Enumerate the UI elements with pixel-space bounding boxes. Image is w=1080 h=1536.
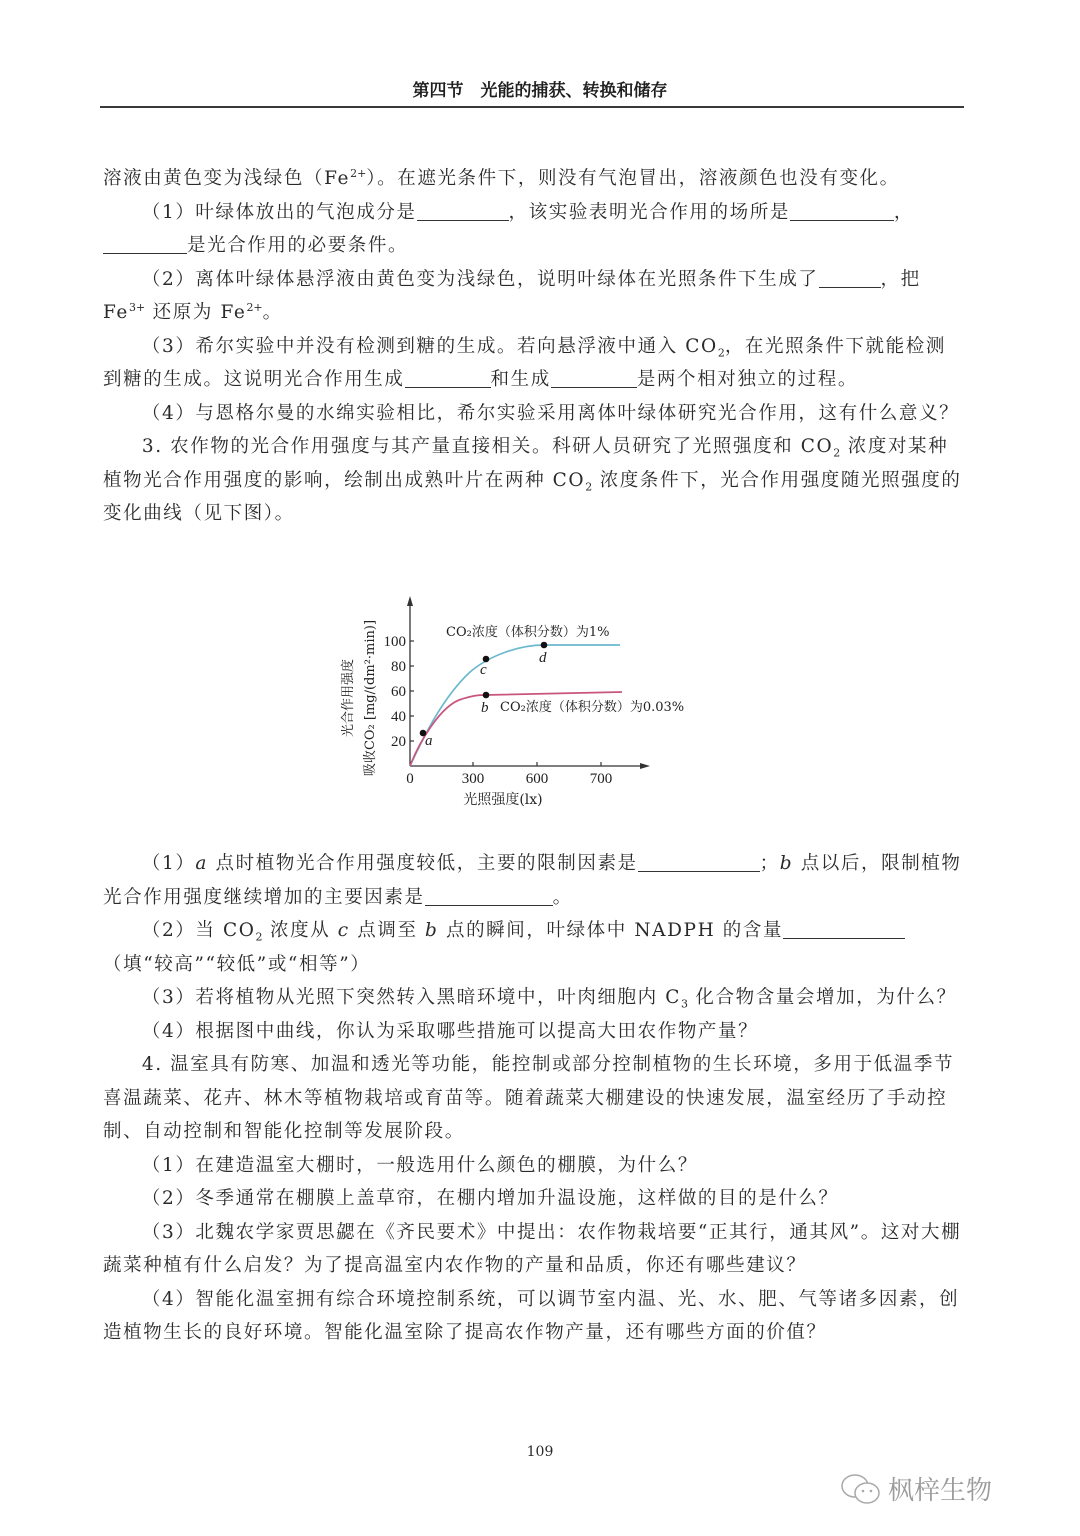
answer-blank[interactable] — [783, 920, 905, 940]
question-2-1: （1）叶绿体放出的气泡成分是，该实验表明光合作用的场所是，是光合作用的必要条件。 — [103, 196, 963, 263]
legend-1-percent: CO₂浓度（体积分数）为1% — [446, 624, 609, 640]
question-4-4: （4）智能化温室拥有综合环境控制系统，可以调节室内温、光、水、肥、气等诸多因素，… — [103, 1283, 963, 1350]
svg-text:b: b — [481, 700, 489, 716]
question-4-3: （3）北魏农学家贾思勰在《齐民要术》中提出：农作物栽培要“正其行，通其风”。这对… — [103, 1216, 963, 1283]
svg-text:20: 20 — [391, 734, 406, 750]
svg-text:80: 80 — [391, 659, 406, 675]
section-header-title: 第四节 光能的捕获、转换和储存 — [0, 76, 1080, 101]
x-tick-labels: 0 300 600 700 — [406, 771, 612, 787]
question-4-1: （1）在建造温室大棚时，一般选用什么颜色的棚膜，为什么？ — [103, 1149, 963, 1183]
svg-text:d: d — [539, 650, 547, 666]
answer-blank[interactable] — [790, 201, 894, 221]
question-4-stem: 4. 温室具有防寒、加温和透光等功能，能控制或部分控制植物的生长环境，多用于低温… — [103, 1048, 963, 1149]
question-4-2: （2）冬季通常在棚膜上盖草帘，在棚内增加升温设施，这样做的目的是什么？ — [103, 1182, 963, 1216]
text-block-top: 溶液由黄色变为浅绿色（Fe2+）。在遮光条件下，则没有气泡冒出，溶液颜色也没有变… — [103, 162, 963, 531]
question-2-4: （4）与恩格尔曼的水绵实验相比，希尔实验采用离体叶绿体研究光合作用，这有什么意义… — [103, 397, 963, 431]
data-points — [420, 642, 548, 737]
header-rule — [100, 106, 964, 108]
svg-text:40: 40 — [391, 709, 406, 725]
answer-blank[interactable] — [638, 853, 760, 873]
answer-blank[interactable] — [425, 886, 553, 906]
answer-blank[interactable] — [103, 235, 187, 255]
wechat-icon — [840, 1472, 882, 1506]
y-axis-label: 光合作用强度 吸收CO₂ [mg/(dm²·min)] — [340, 620, 378, 776]
answer-blank[interactable] — [551, 369, 637, 389]
y-axis-arrow-icon — [407, 596, 413, 606]
x-axis-label: 光照强度(lx) — [463, 791, 542, 808]
question-3-stem: 3. 农作物的光合作用强度与其产量直接相关。科研人员研究了光照强度和 CO2 浓… — [103, 430, 963, 531]
legend-0-03-percent: CO₂浓度（体积分数）为0.03% — [500, 699, 684, 715]
answer-blank[interactable] — [405, 369, 491, 389]
watermark: 枫梓生物 — [840, 1470, 992, 1507]
svg-text:吸收CO₂ [mg/(dm²·min)]: 吸收CO₂ [mg/(dm²·min)] — [362, 620, 378, 776]
text-block-bottom: （1）a 点时植物光合作用强度较低，主要的限制因素是；b 点以后，限制植物光合作… — [103, 847, 963, 1350]
point-b — [483, 692, 490, 699]
paragraph-p0: 溶液由黄色变为浅绿色（Fe2+）。在遮光条件下，则没有气泡冒出，溶液颜色也没有变… — [103, 162, 963, 196]
page-number: 109 — [0, 1444, 1080, 1460]
photosynthesis-chart: 20 40 60 80 100 0 300 600 700 光照强度(lx) 光… — [320, 595, 760, 820]
svg-text:100: 100 — [384, 634, 407, 650]
svg-text:光合作用强度: 光合作用强度 — [340, 659, 356, 737]
question-3-4: （4）根据图中曲线，你认为采取哪些措施可以提高大田农作物产量？ — [103, 1015, 963, 1049]
svg-text:60: 60 — [391, 684, 406, 700]
question-3-3: （3）若将植物从光照下突然转入黑暗环境中，叶肉细胞内 C3 化合物含量会增加，为… — [103, 981, 963, 1015]
svg-text:300: 300 — [462, 771, 485, 787]
question-3-1: （1）a 点时植物光合作用强度较低，主要的限制因素是；b 点以后，限制植物光合作… — [103, 847, 963, 914]
watermark-text: 枫梓生物 — [888, 1470, 992, 1507]
question-3-2: （2）当 CO2 浓度从 c 点调至 b 点的瞬间，叶绿体中 NADPH 的含量… — [103, 914, 963, 981]
x-axis-arrow-icon — [640, 763, 650, 769]
question-2-3: （3）希尔实验中并没有检测到糖的生成。若向悬浮液中通入 CO2，在光照条件下就能… — [103, 330, 963, 397]
svg-text:c: c — [480, 662, 487, 678]
answer-blank[interactable] — [417, 201, 509, 221]
svg-text:0: 0 — [406, 771, 414, 787]
point-d — [541, 642, 548, 649]
answer-blank[interactable] — [819, 268, 881, 288]
chart-svg: 20 40 60 80 100 0 300 600 700 光照强度(lx) 光… — [320, 595, 760, 820]
svg-text:a: a — [425, 733, 433, 749]
svg-text:600: 600 — [526, 771, 549, 787]
y-tick-labels: 20 40 60 80 100 — [384, 634, 407, 750]
svg-text:700: 700 — [590, 771, 613, 787]
question-2-2: （2）离体叶绿体悬浮液由黄色变为浅绿色，说明叶绿体在光照条件下生成了，把 Fe3… — [103, 263, 963, 330]
